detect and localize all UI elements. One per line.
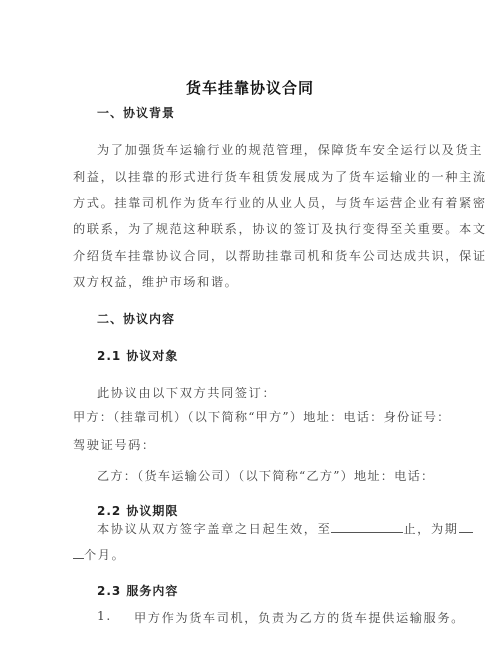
paragraph-line: 利益，以挂靠的形式进行货车租赁发展成为了货车运输业的一种主流	[73, 168, 487, 185]
end-date-blank[interactable]	[331, 521, 403, 533]
document-title: 货车挂靠协议合同	[0, 77, 500, 98]
party-a-line: 甲方：（挂靠司机）（以下简称“甲方”）地址：电话：身份证号：	[73, 408, 451, 425]
list-item-number: 1.	[97, 609, 112, 623]
subsection-2-1-heading: 2.1 协议对象	[97, 347, 178, 364]
term-line: 本协议从双方签字盖章之日起生效，至止，为期	[97, 520, 473, 537]
parties-intro: 此协议由以下双方共同签订：	[97, 384, 276, 401]
paragraph-line: 方式。挂靠司机作为货车行业的从业人员，与货车运营企业有着紧密	[73, 194, 487, 211]
party-a-license-line: 驾驶证号码：	[73, 436, 156, 453]
paragraph-line: 介绍货车挂靠协议合同，以帮助挂靠司机和货车公司达成共识，保证	[73, 247, 487, 264]
term-text-end: 个月。	[84, 548, 125, 562]
months-blank-part1[interactable]	[459, 521, 473, 533]
list-item-text: 甲方作为货车司机，负责为乙方的货车提供运输服务。	[134, 609, 465, 626]
subsection-2-2-heading: 2.2 协议期限	[97, 502, 178, 519]
months-blank-part2[interactable]	[73, 547, 84, 559]
term-text-mid: 止，为期	[403, 522, 458, 536]
paragraph-line: 双方权益，维护市场和谐。	[73, 273, 238, 290]
section1-heading: 一、协议背景	[97, 104, 175, 121]
paragraph-line: 为了加强货车运输行业的规范管理，保障货车安全运行以及货主	[97, 141, 483, 158]
party-b-line: 乙方：（货车运输公司）（以下简称“乙方”）地址：电话：	[97, 467, 434, 484]
subsection-2-3-heading: 2.3 服务内容	[97, 582, 178, 599]
paragraph-line: 的联系，为了规范这种联系，协议的签订及执行变得至关重要。本文	[73, 220, 487, 237]
section2-heading: 二、协议内容	[97, 310, 175, 327]
term-line-2: 个月。	[73, 546, 125, 563]
term-text-start: 本协议从双方签字盖章之日起生效，至	[97, 522, 331, 536]
